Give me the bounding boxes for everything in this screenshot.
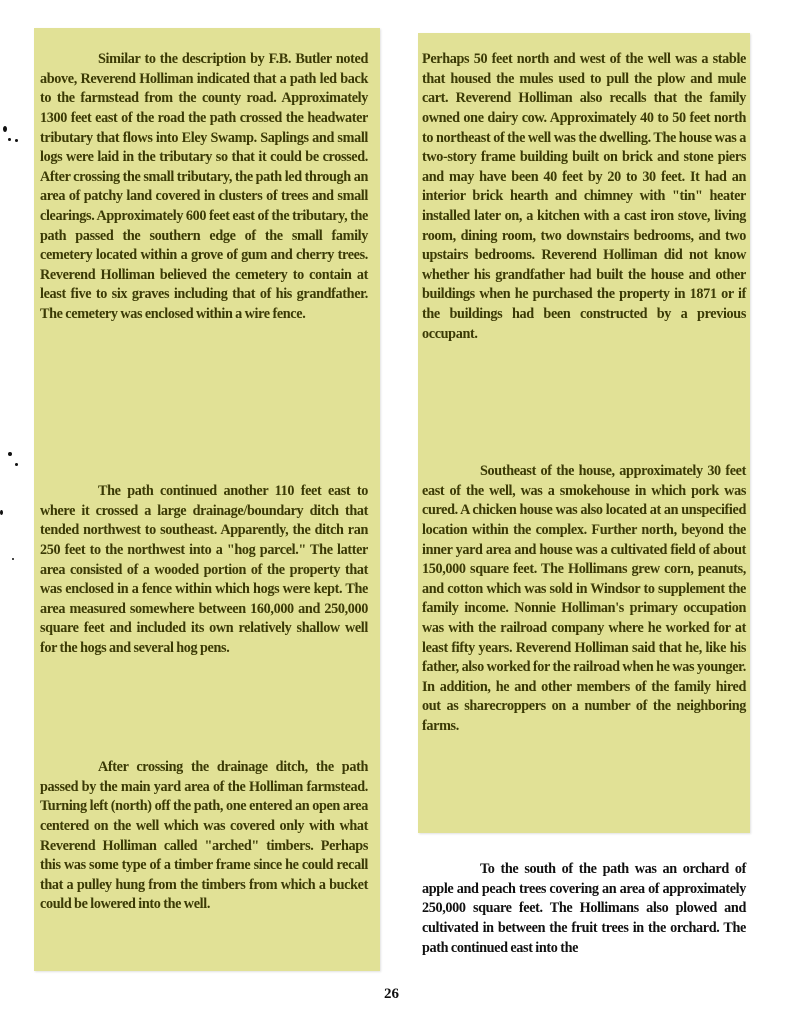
page-number: 26 xyxy=(384,986,399,1003)
paragraph-main-yard: After crossing the drainage ditch, the p… xyxy=(40,758,368,915)
scan-speck xyxy=(15,463,18,466)
scan-speck xyxy=(3,126,7,132)
scan-speck xyxy=(15,139,18,142)
paragraph-drainage-ditch: The path continued another 110 feet east… xyxy=(40,482,368,658)
paragraph-stable-dwelling: Perhaps 50 feet north and west of the we… xyxy=(422,50,746,344)
paragraph-path-description: Similar to the description by F.B. Butle… xyxy=(40,50,368,324)
scan-speck xyxy=(8,138,11,141)
scan-speck xyxy=(8,452,12,456)
scan-speck xyxy=(0,510,3,515)
paragraph-orchard: To the south of the path was an orchard … xyxy=(422,860,746,958)
scan-speck xyxy=(12,558,14,560)
paragraph-smokehouse-field: Southeast of the house, approximately 30… xyxy=(422,462,746,736)
